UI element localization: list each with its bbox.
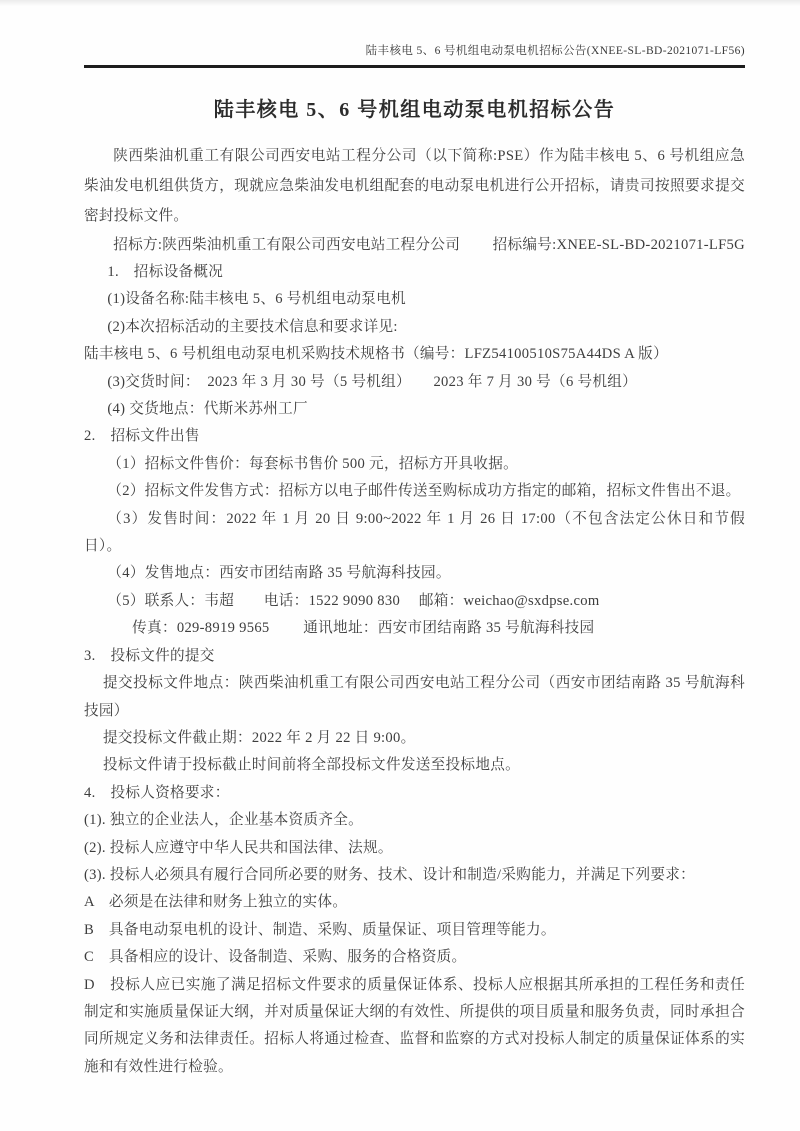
section-4-item: (1). 独立的企业法人，企业基本资质齐全。: [84, 807, 745, 834]
section-1-item: (2)本次招标活动的主要技术信息和要求详见:: [84, 314, 745, 341]
document-page: 陆丰核电 5、6 号机组电动泵电机招标公告(XNEE-SL-BD-2021071…: [0, 0, 800, 1131]
tender-info-row: 招标方:陕西柴油机重工有限公司西安电站工程分公司 招标编号:XNEE-SL-BD…: [84, 232, 745, 259]
section-2-item: （3）发售时间：2022 年 1 月 20 日 9:00~2022 年 1 月 …: [84, 506, 745, 561]
section-1-item: 陆丰核电 5、6 号机组电动泵电机采购技术规格书（编号：LFZ54100510S…: [84, 341, 745, 368]
section-4-item: (3). 投标人必须具有履行合同所必要的财务、技术、设计和制造/采购能力，并满足…: [84, 862, 745, 889]
section-4-item: C 具备相应的设计、设备制造、采购、服务的合格资质。: [84, 944, 745, 971]
section-1-item: (3)交货时间： 2023 年 3 月 30 号（5 号机组） 2023 年 7…: [84, 369, 745, 396]
section-2-item: （2）招标文件发售方式：招标方以电子邮件传送至购标成功方指定的邮箱，招标文件售出…: [84, 478, 745, 505]
section-3-heading: 3. 投标文件的提交: [84, 643, 745, 670]
section-4-item: B 具备电动泵电机的设计、制造、采购、质量保证、项目管理等能力。: [84, 917, 745, 944]
tender-number: 招标编号:XNEE-SL-BD-2021071-LF5G: [493, 232, 745, 259]
page-title: 陆丰核电 5、6 号机组电动泵电机招标公告: [84, 93, 745, 122]
section-2-item: 传真：029-8919 9565 通讯地址：西安市团结南路 35 号航海科技园: [84, 615, 745, 642]
tender-party: 招标方:陕西柴油机重工有限公司西安电站工程分公司: [113, 232, 460, 259]
section-1-heading: 1. 招标设备概况: [84, 259, 745, 286]
section-3-item: 提交投标文件地点：陕西柴油机重工有限公司西安电站工程分公司（西安市团结南路 35…: [84, 670, 745, 725]
intro-paragraph: 陕西柴油机重工有限公司西安电站工程分公司（以下简称:PSE）作为陆丰核电 5、6…: [84, 141, 745, 232]
section-3-item: 投标文件请于投标截止时间前将全部投标文件发送至投标地点。: [84, 752, 745, 779]
section-4-item: D 投标人应已实施了满足招标文件要求的质量保证体系、投标人应根据其所承担的工程任…: [84, 972, 745, 1082]
section-2-item: （1）招标文件售价：每套标书售价 500 元，招标方开具收据。: [84, 451, 745, 478]
section-2-item: （5）联系人：韦超 电话：1522 9090 830 邮箱：weichao@sx…: [84, 588, 745, 615]
section-1-item: (1)设备名称:陆丰核电 5、6 号机组电动泵电机: [84, 286, 745, 313]
section-1-item: (4) 交货地点：代斯米苏州工厂: [84, 396, 745, 423]
section-2-item: （4）发售地点：西安市团结南路 35 号航海科技园。: [84, 560, 745, 587]
document-header: 陆丰核电 5、6 号机组电动泵电机招标公告(XNEE-SL-BD-2021071…: [84, 42, 745, 68]
section-4-item: A 必须是在法律和财务上独立的实体。: [84, 889, 745, 916]
section-3-item: 提交投标文件截止期：2022 年 2 月 22 日 9:00。: [84, 725, 745, 752]
section-4-item: (2). 投标人应遵守中华人民共和国法律、法规。: [84, 835, 745, 862]
section-4-heading: 4. 投标人资格要求：: [84, 780, 745, 807]
section-2-heading: 2. 招标文件出售: [84, 423, 745, 450]
